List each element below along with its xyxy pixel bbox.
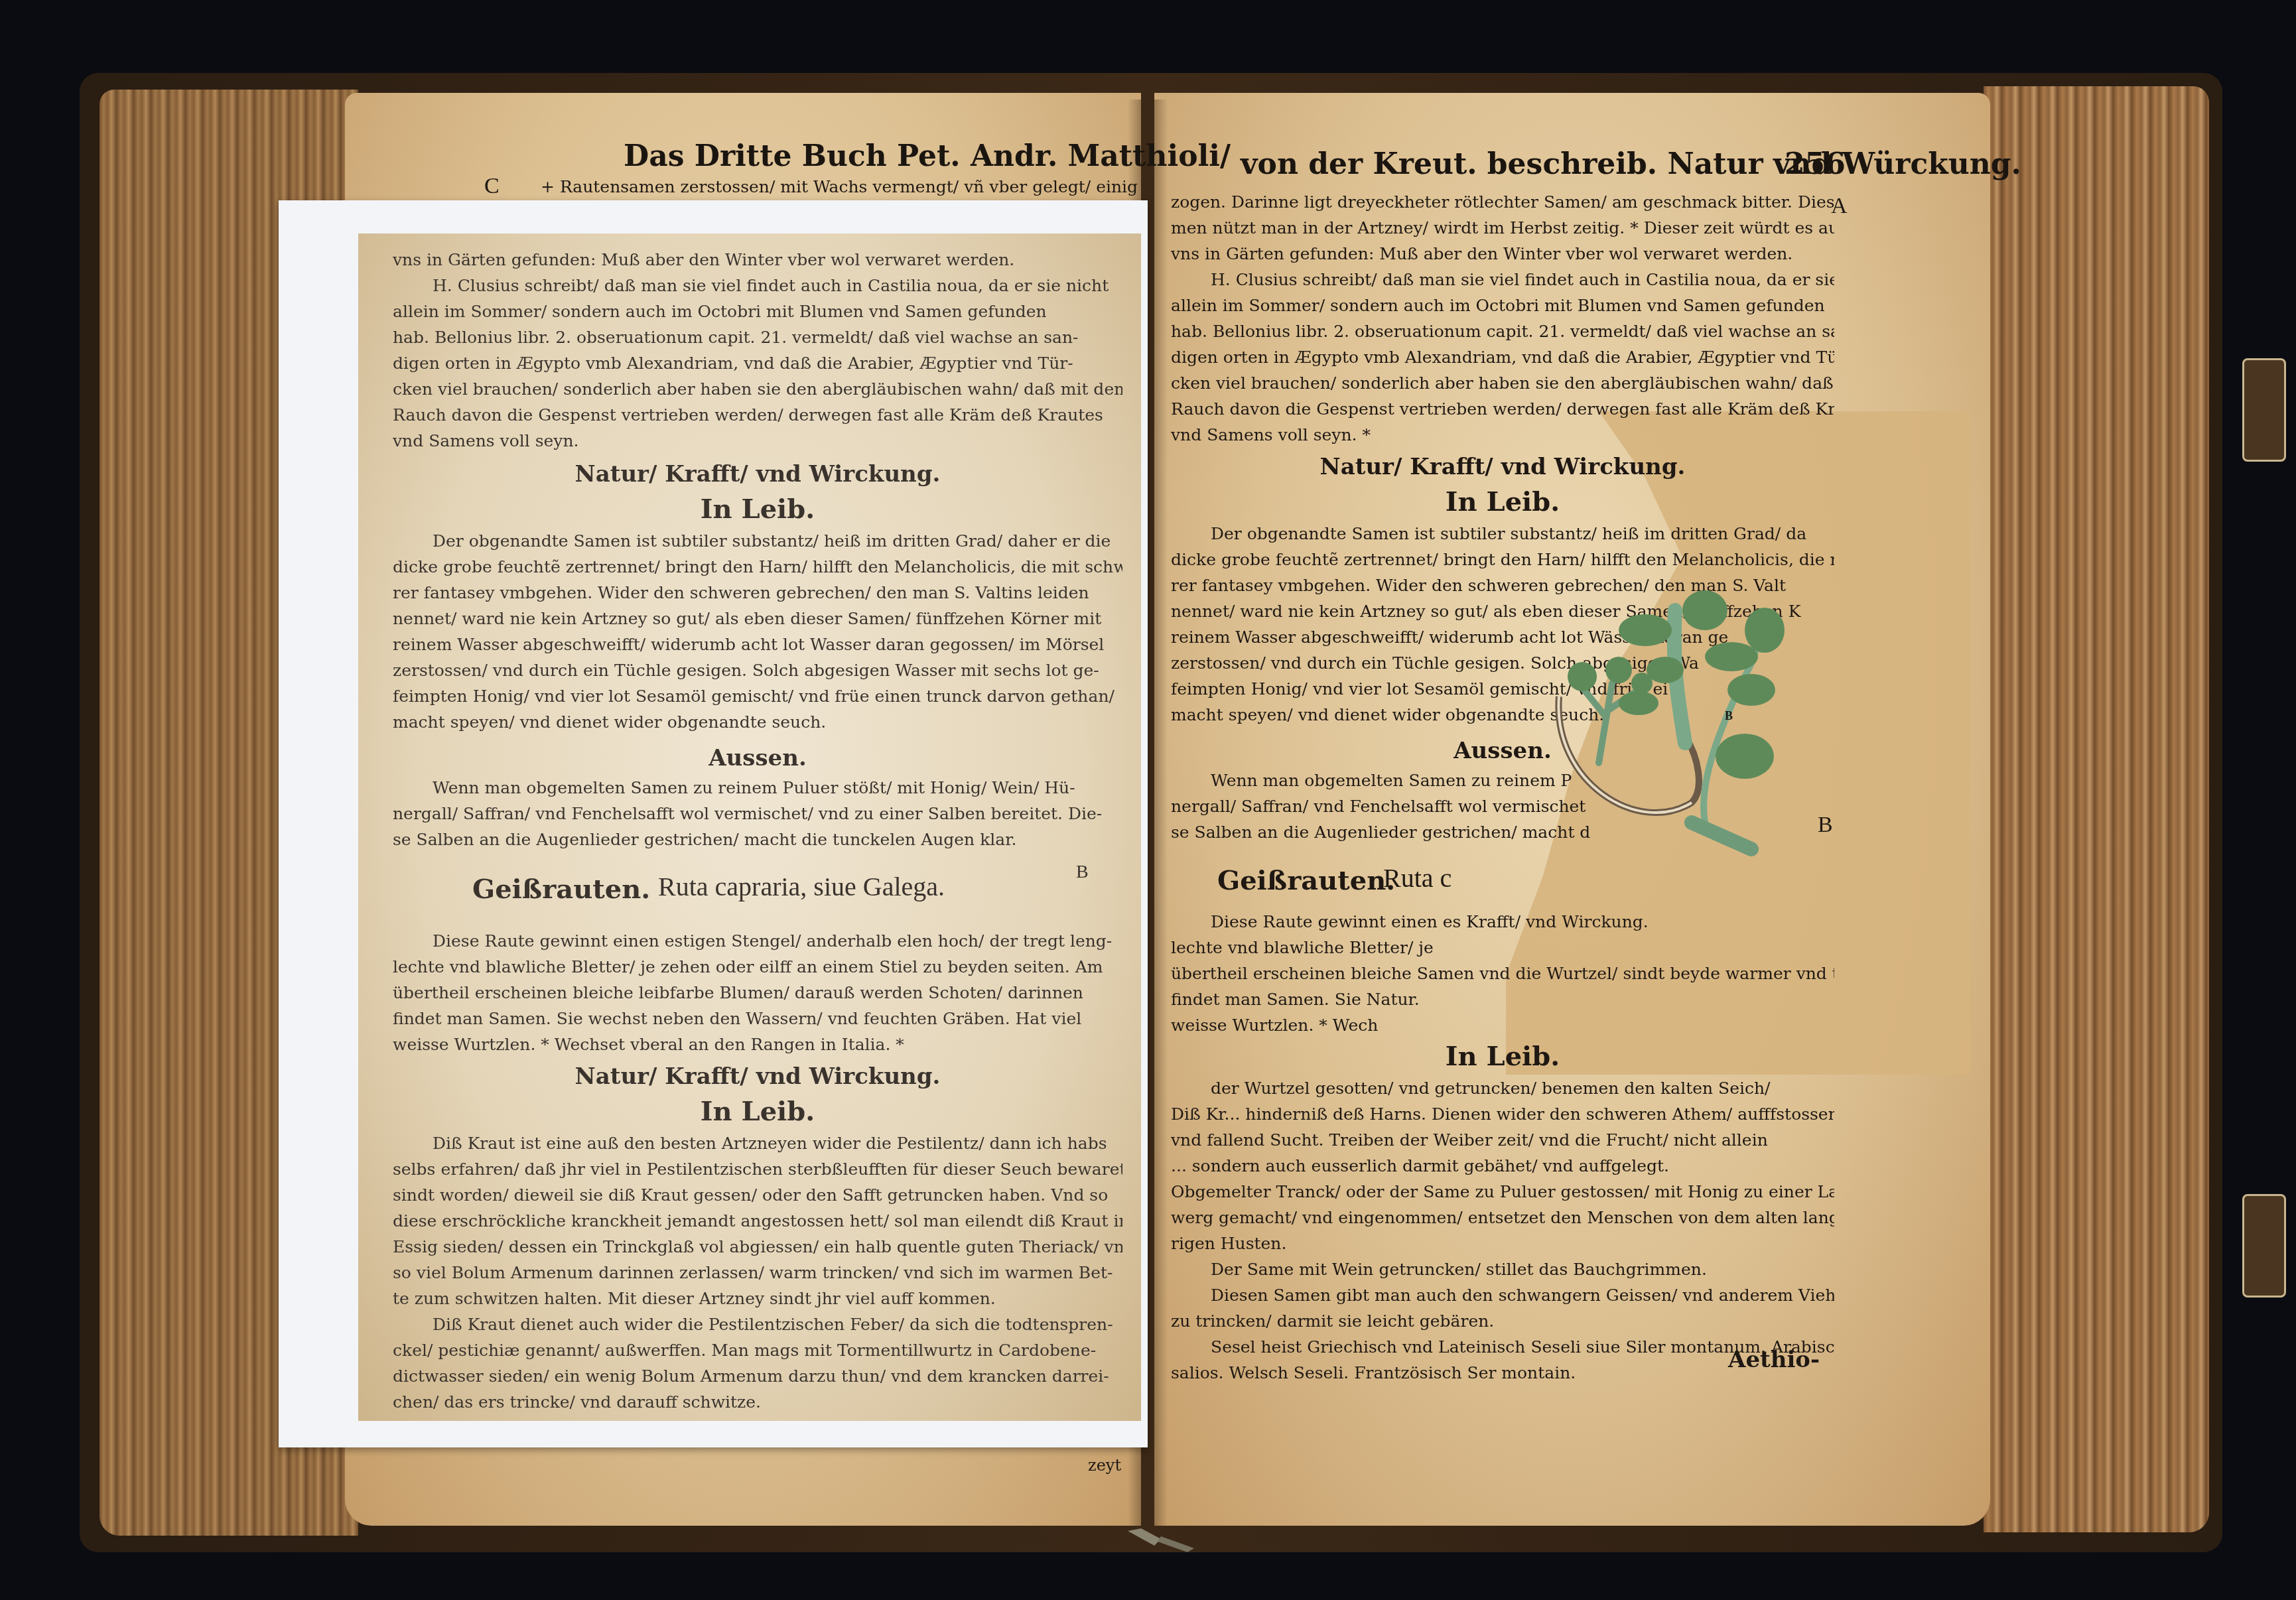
text-line: Diesen Samen gibt man auch den schwanger… [1171, 1282, 1834, 1308]
text-line: nergall/ Saffran/ vnd Fenchelsafft wol v… [393, 801, 1122, 827]
text-line: Obgemelter Tranck/ oder der Same zu Pulu… [1171, 1179, 1834, 1205]
section-heading: Natur/ Krafft/ vnd Wirckung. [1171, 450, 1834, 484]
chapter-title-german: Geißrauten. [472, 871, 650, 908]
text-line: ... sondern auch eusserlich darmit gebäh… [1171, 1153, 1834, 1179]
text-line: H. Clusius schreibt/ daß man sie viel fi… [393, 273, 1122, 299]
text-line: dicke grobe feuchtẽ zertrennet/ bringt d… [1171, 547, 1834, 572]
section-heading: Natur/ Krafft/ vnd Wirckung. [393, 458, 1122, 491]
overlay-text-column: vns in Gärten gefunden: Muß aber den Win… [393, 247, 1122, 1421]
text-line: zerstossen/ vnd durch ein Tüchle gesigen… [393, 657, 1122, 683]
text-line: vnd Samens voll seyn. [393, 428, 1122, 454]
section-subheading: In Leib. [1171, 1038, 1834, 1075]
margin-letter-b: B [1818, 813, 1833, 838]
text-line: zogen. Darinne ligt dreyeckheter rötlech… [1171, 189, 1834, 215]
chapter-title-german: Geißrauten. [1217, 862, 1395, 900]
text-line: zu trincken/ darmit sie leicht gebären. [1171, 1308, 1834, 1334]
text-line: weisse Wurtzlen. * Wechset vberal an den… [393, 1032, 1122, 1057]
text-line: Rauch davon die Gespenst vertrieben werd… [1171, 396, 1834, 422]
catchword: Aethio- [1728, 1347, 1820, 1373]
plant-label-b: B [1725, 709, 1733, 722]
text-line: selbs erfahren/ daß jhr viel in Pestilen… [393, 1156, 1122, 1182]
text-line: vns in Gärten gefunden: Muß aber den Win… [1171, 241, 1834, 267]
chapter-title-latin: Ruta capraria, siue Galega. [658, 871, 945, 902]
text-line: men nützt man in der Artzney/ wirdt im H… [1171, 215, 1834, 241]
chapter-title: Geißrauten. Ruta capraria, siue Galega. … [393, 862, 1122, 921]
text-line: dicke grobe feuchtẽ zertrennet/ bringt d… [393, 554, 1122, 580]
text-line: weisse Wurtzlen. * Wech [1171, 1012, 1834, 1038]
page-edges-right [1984, 86, 2209, 1532]
text-line: vns in Gärten gefunden: Muß aber den Win… [393, 247, 1122, 273]
section-subheading: In Leib. [393, 491, 1122, 528]
text-line: se Salben an die Augenlieder gestrichen/… [393, 827, 1122, 852]
text-line: lechte vnd blawliche Bletter/ je zehen o… [393, 954, 1122, 980]
section-heading: Aussen. [393, 742, 1122, 775]
text-line: Diß Kraut dienet auch wider die Pestilen… [393, 1311, 1122, 1337]
text-line: übertheil erscheinen bleiche leibfarbe B… [393, 980, 1122, 1006]
text-line: der Wurtzel gesotten/ vnd getruncken/ be… [1171, 1075, 1834, 1101]
text-line: Geißrauten widerstehet allem gifftigen v… [393, 1415, 1122, 1421]
text-line: findet man Samen. Sie Natur. [1171, 986, 1834, 1012]
text-line: findet man Samen. Sie wechst neben den W… [393, 1006, 1122, 1032]
text-line: cken viel brauchen/ sonderlich aber habe… [393, 376, 1122, 402]
text-line: hab. Bellonius libr. 2. obseruationum ca… [1171, 318, 1834, 344]
text-line: übertheil erscheinen bleiche Samen vnd d… [1171, 961, 1834, 986]
text-line: Der obgenandte Samen ist subtiler substa… [393, 528, 1122, 554]
text-line: chen/ das ers trincke/ vnd darauff schwi… [393, 1389, 1122, 1415]
text-line: nennet/ ward nie kein Artzney so gut/ al… [393, 606, 1122, 632]
text-line: vnd fallend Sucht. Treiben der Weiber ze… [1171, 1127, 1834, 1153]
text-line: Diß Kraut ist eine auß den besten Artzne… [393, 1130, 1122, 1156]
clasp-upper [2242, 358, 2286, 462]
left-margin-letter-c: C [484, 174, 500, 199]
clasp-lower [2242, 1194, 2286, 1298]
text-line: lechte vnd blawliche Bletter/ je [1171, 935, 1834, 961]
text-line: feimpten Honig/ vnd vier lot Sesamöl gem… [393, 683, 1122, 709]
text-line: Der obgenandte Samen ist subtiler substa… [1171, 521, 1834, 547]
text-line: macht speyen/ vnd dienet wider obgenandt… [393, 709, 1122, 735]
plant-woodcut-illustration: B [1532, 584, 1811, 876]
text-line: sindt worden/ dieweil sie diß Kraut gess… [393, 1182, 1122, 1208]
text-line: digen orten in Ægypto vmb Alexandriam, v… [393, 350, 1122, 376]
text-line: diese erschröckliche kranckheit jemandt … [393, 1208, 1122, 1234]
text-line: Rauch davon die Gespenst vertrieben werd… [393, 402, 1122, 428]
text-line: Diese Raute gewinnt einen es Krafft/ vnd… [1171, 909, 1834, 935]
bookmark-tabs [1121, 1526, 1201, 1552]
text-line: so viel Bolum Armenum darinnen zerlassen… [393, 1260, 1122, 1286]
section-subheading: In Leib. [1171, 484, 1834, 521]
left-first-line: + Rautensamen zerstossen/ mit Wachs verm… [541, 174, 1138, 200]
text-line: H. Clusius schreibt/ daß man sie viel fi… [1171, 267, 1834, 293]
text-line: Der Same mit Wein getruncken/ stillet da… [1171, 1256, 1834, 1282]
text-line: dictwasser sieden/ ein wenig Bolum Armen… [393, 1363, 1122, 1389]
page-number: 256 [1785, 147, 1846, 181]
margin-letter-b: B [1076, 862, 1089, 883]
text-line: hab. Bellonius libr. 2. obseruationum ca… [393, 324, 1122, 350]
text-line: vnd Samens voll seyn. * [1171, 422, 1834, 448]
text-line: allein im Sommer/ sondern auch im Octobr… [393, 299, 1122, 324]
left-bottom-fragment: zeyt [1088, 1453, 1121, 1479]
text-line: rer fantasey vmbgehen. Wider den schwere… [393, 580, 1122, 606]
text-line: cken viel brauchen/ sonderlich aber habe… [1171, 370, 1834, 396]
section-heading: Natur/ Krafft/ vnd Wirckung. [393, 1060, 1122, 1093]
text-line: digen orten in Ægypto vmb Alexandriam, v… [1171, 344, 1834, 370]
left-running-head: Das Dritte Buch Pet. Andr. Matthioli/ [624, 139, 1231, 173]
text-line: Essig sieden/ dessen ein Trinckglaß vol … [393, 1234, 1122, 1260]
section-subheading: In Leib. [393, 1093, 1122, 1130]
right-running-head: von der Kreut. beschreib. Natur vnd Würc… [1241, 147, 2021, 181]
chapter-title-latin: Ruta c [1383, 862, 1452, 894]
text-line: Diese Raute gewinnt einen estigen Stenge… [393, 928, 1122, 954]
reproduction-print: vns in Gärten gefunden: Muß aber den Win… [358, 233, 1141, 1421]
text-line: reinem Wasser abgeschweifft/ widerumb ac… [393, 632, 1122, 657]
text-line: Wenn man obgemelten Samen zu reinem Pulu… [393, 775, 1122, 801]
text-line: Diß Kr... hinderniß deß Harns. Dienen wi… [1171, 1101, 1834, 1127]
text-line: ckel/ pestichiæ genannt/ außwerffen. Man… [393, 1337, 1122, 1363]
text-line: rigen Husten. [1171, 1231, 1834, 1256]
text-line: te zum schwitzen halten. Mit dieser Artz… [393, 1286, 1122, 1311]
text-line: allein im Sommer/ sondern auch im Octobr… [1171, 293, 1834, 318]
text-line: werg gemacht/ vnd eingenommen/ entsetzet… [1171, 1205, 1834, 1231]
